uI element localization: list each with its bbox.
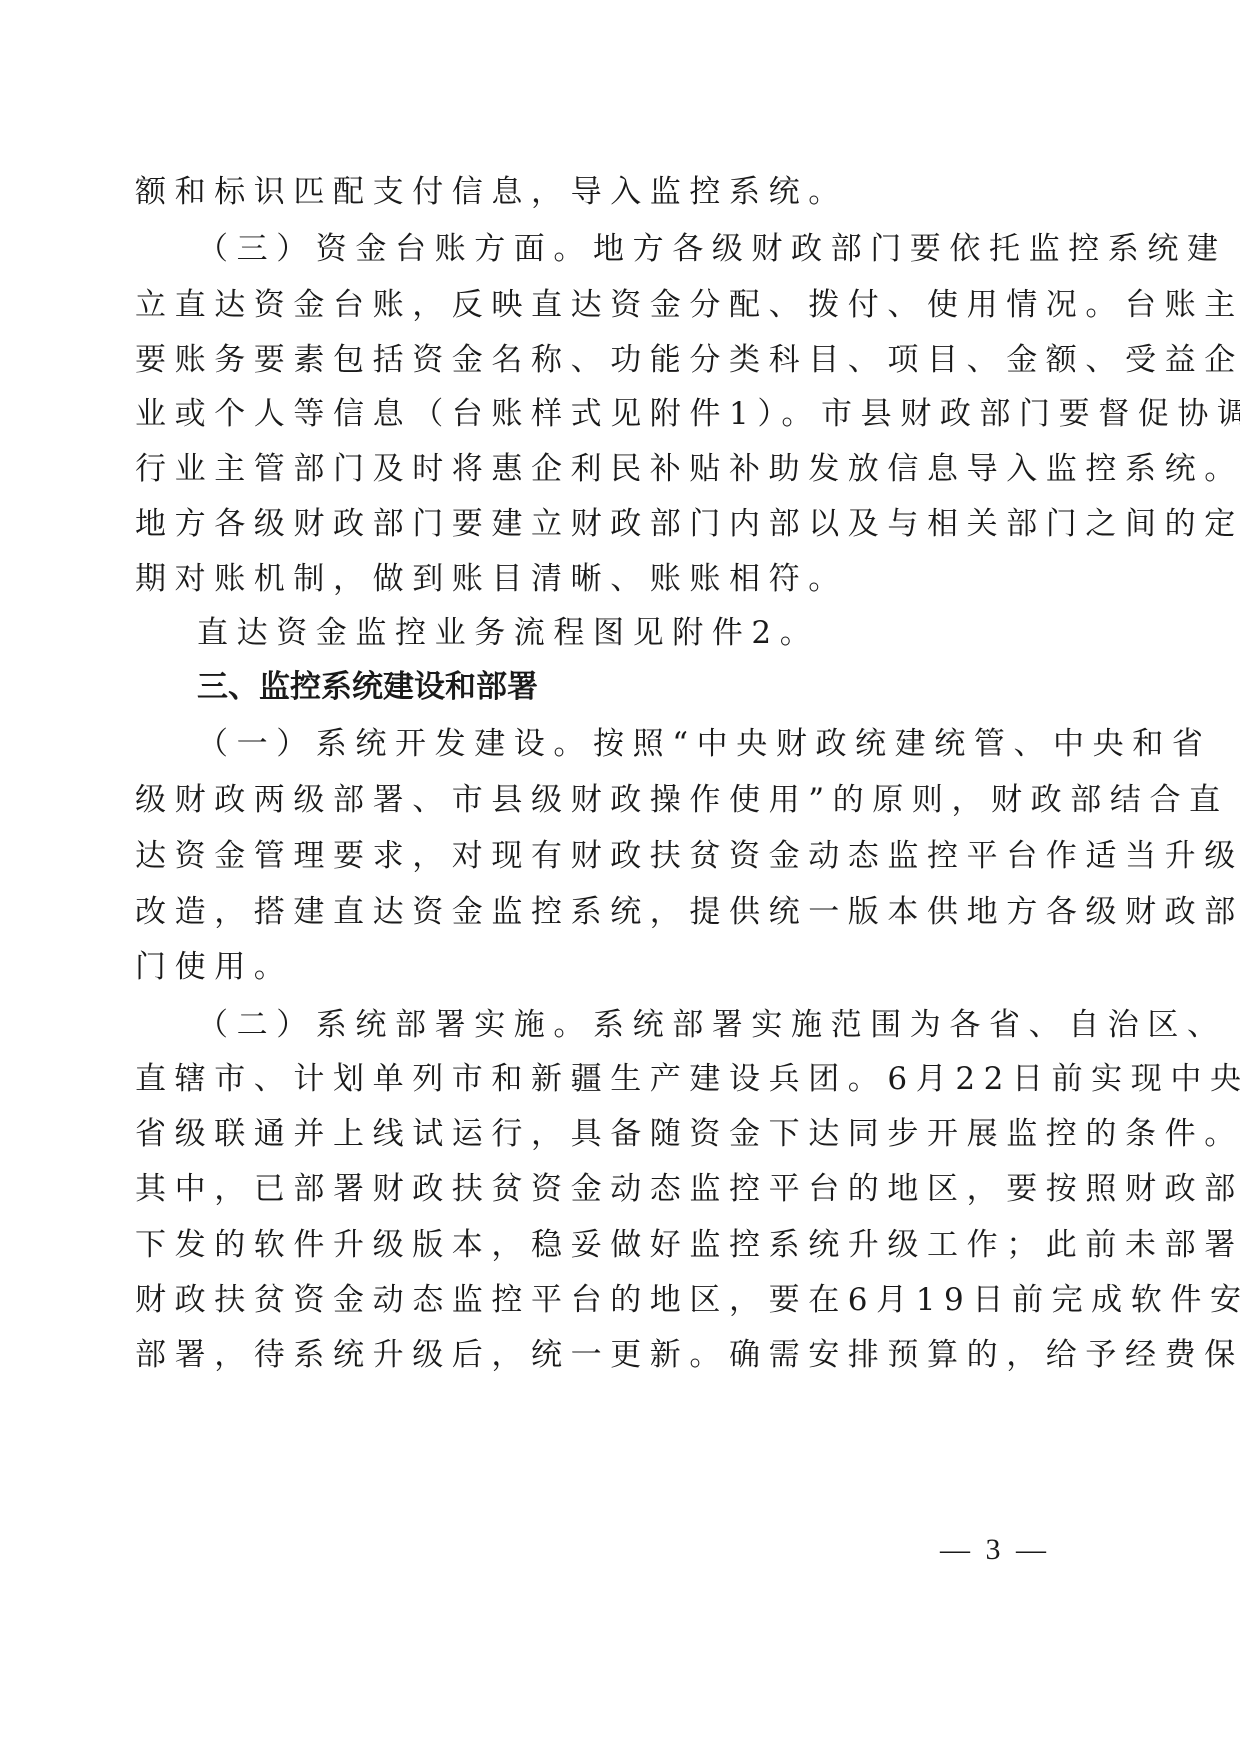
section-3-ledger-line: （三）资金台账方面。地方各级财政部门要依托监控系统建 bbox=[197, 229, 970, 269]
paragraph-line: 其中，已部署财政扶贫资金动态监控平台的地区，要按照财政部 bbox=[135, 1169, 970, 1209]
paragraph-line: 省级联通并上线试运行，具备随资金下达同步开展监控的条件。 bbox=[135, 1114, 970, 1154]
paragraph-line: 业或个人等信息（台账样式见附件1）。市县财政部门要督促协调 bbox=[135, 394, 970, 434]
paragraph-line: 期对账机制，做到账目清晰、账账相符。 bbox=[135, 559, 970, 599]
section-heading: 三、监控系统建设和部署 bbox=[197, 667, 970, 707]
document-page: 额和标识匹配支付信息，导入监控系统。 （三）资金台账方面。地方各级财政部门要依托… bbox=[0, 0, 1240, 1754]
paragraph-line: 财政扶贫资金动态监控平台的地区，要在6月19日前完成软件安装 bbox=[135, 1280, 970, 1320]
paragraph-line: 行业主管部门及时将惠企利民补贴补助发放信息导入监控系统。 bbox=[135, 449, 970, 489]
paragraph-line: 立直达资金台账，反映直达资金分配、拨付、使用情况。台账主 bbox=[135, 285, 970, 325]
page-number: — 3 — bbox=[940, 1530, 1050, 1570]
subsection-1-line: （一）系统开发建设。按照“中央财政统建统管、中央和省 bbox=[197, 724, 970, 764]
paragraph-line: 额和标识匹配支付信息，导入监控系统。 bbox=[135, 172, 970, 212]
subsection-2-line: （二）系统部署实施。系统部署实施范围为各省、自治区、 bbox=[197, 1005, 970, 1045]
paragraph-line: 级财政两级部署、市县级财政操作使用”的原则，财政部结合直 bbox=[135, 780, 970, 820]
paragraph-line: 门使用。 bbox=[135, 947, 970, 987]
paragraph-line: 下发的软件升级版本，稳妥做好监控系统升级工作；此前未部署 bbox=[135, 1225, 970, 1265]
paragraph-line: 部署，待系统升级后，统一更新。确需安排预算的，给予经费保 bbox=[135, 1335, 970, 1375]
paragraph-line: 改造，搭建直达资金监控系统，提供统一版本供地方各级财政部 bbox=[135, 892, 970, 932]
paragraph-line: 要账务要素包括资金名称、功能分类科目、项目、金额、受益企 bbox=[135, 340, 970, 380]
flowchart-reference-line: 直达资金监控业务流程图见附件2。 bbox=[197, 613, 970, 653]
paragraph-line: 直辖市、计划单列市和新疆生产建设兵团。6月22日前实现中央与 bbox=[135, 1059, 970, 1099]
paragraph-line: 达资金管理要求，对现有财政扶贫资金动态监控平台作适当升级 bbox=[135, 836, 970, 876]
paragraph-line: 地方各级财政部门要建立财政部门内部以及与相关部门之间的定 bbox=[135, 504, 970, 544]
